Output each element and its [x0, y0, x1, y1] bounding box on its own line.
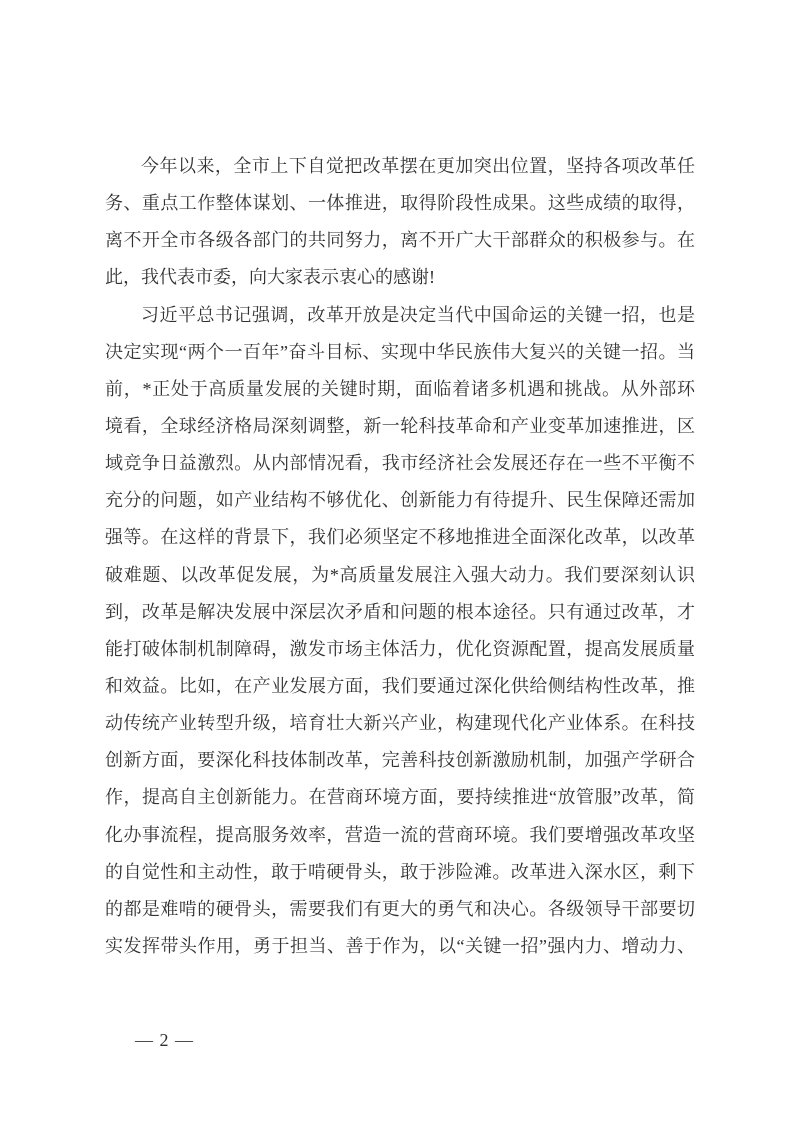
text-line: 充分的问题，如产业结构不够优化、创新能力有待提升、民生保障还需加 [105, 482, 695, 519]
page-number: — 2 — [135, 1028, 194, 1052]
text-line: 此，我代表市委，向大家表示衷心的感谢! [105, 259, 695, 296]
text-line: 实发挥带头作用，勇于担当、善于作为，以“关键一招”强内力、增动力、 [105, 928, 695, 965]
text-line: 能打破体制机制障碍，激发市场主体活力，优化资源配置，提高发展质量 [105, 631, 695, 668]
text-line: 境看，全球经济格局深刻调整，新一轮科技革命和产业变革加速推进，区 [105, 408, 695, 445]
text-line: 前，*正处于高质量发展的关键时期，面临着诸多机遇和挑战。从外部环 [105, 371, 695, 408]
text-line: 离不开全市各级各部门的共同努力，离不开广大干部群众的积极参与。在 [105, 222, 695, 259]
document-page: 今年以来，全市上下自觉把改革摆在更加突出位置，坚持各项改革任务、重点工作整体谋划… [0, 0, 793, 1122]
text-line: 到，改革是解决发展中深层次矛盾和问题的根本途径。只有通过改革，才 [105, 594, 695, 631]
text-line: 今年以来，全市上下自觉把改革摆在更加突出位置，坚持各项改革任 [105, 148, 695, 185]
text-line: 的都是难啃的硬骨头，需要我们有更大的勇气和决心。各级领导干部要切 [105, 891, 695, 928]
text-line: 习近平总书记强调，改革开放是决定当代中国命运的关键一招，也是 [105, 297, 695, 334]
text-line: 强等。在这样的背景下，我们必须坚定不移地推进全面深化改革，以改革 [105, 519, 695, 556]
text-line: 决定实现“两个一百年”奋斗目标、实现中华民族伟大复兴的关键一招。当 [105, 334, 695, 371]
text-line: 化办事流程，提高服务效率，营造一流的营商环境。我们要增强改革攻坚 [105, 817, 695, 854]
paragraph: 习近平总书记强调，改革开放是决定当代中国命运的关键一招，也是决定实现“两个一百年… [105, 297, 695, 966]
text-line: 动传统产业转型升级，培育壮大新兴产业，构建现代化产业体系。在科技 [105, 705, 695, 742]
text-line: 域竞争日益激烈。从内部情况看，我市经济社会发展还存在一些不平衡不 [105, 445, 695, 482]
text-line: 务、重点工作整体谋划、一体推进，取得阶段性成果。这些成绩的取得， [105, 185, 695, 222]
document-body: 今年以来，全市上下自觉把改革摆在更加突出位置，坚持各项改革任务、重点工作整体谋划… [105, 148, 695, 965]
text-line: 破难题、以改革促发展，为*高质量发展注入强大动力。我们要深刻认识 [105, 557, 695, 594]
text-line: 的自觉性和主动性，敢于啃硬骨头，敢于涉险滩。改革进入深水区，剩下 [105, 854, 695, 891]
text-line: 和效益。比如，在产业发展方面，我们要通过深化供给侧结构性改革，推 [105, 668, 695, 705]
text-line: 创新方面，要深化科技体制改革，完善科技创新激励机制，加强产学研合 [105, 742, 695, 779]
paragraph: 今年以来，全市上下自觉把改革摆在更加突出位置，坚持各项改革任务、重点工作整体谋划… [105, 148, 695, 297]
text-line: 作，提高自主创新能力。在营商环境方面，要持续推进“放管服”改革，简 [105, 779, 695, 816]
